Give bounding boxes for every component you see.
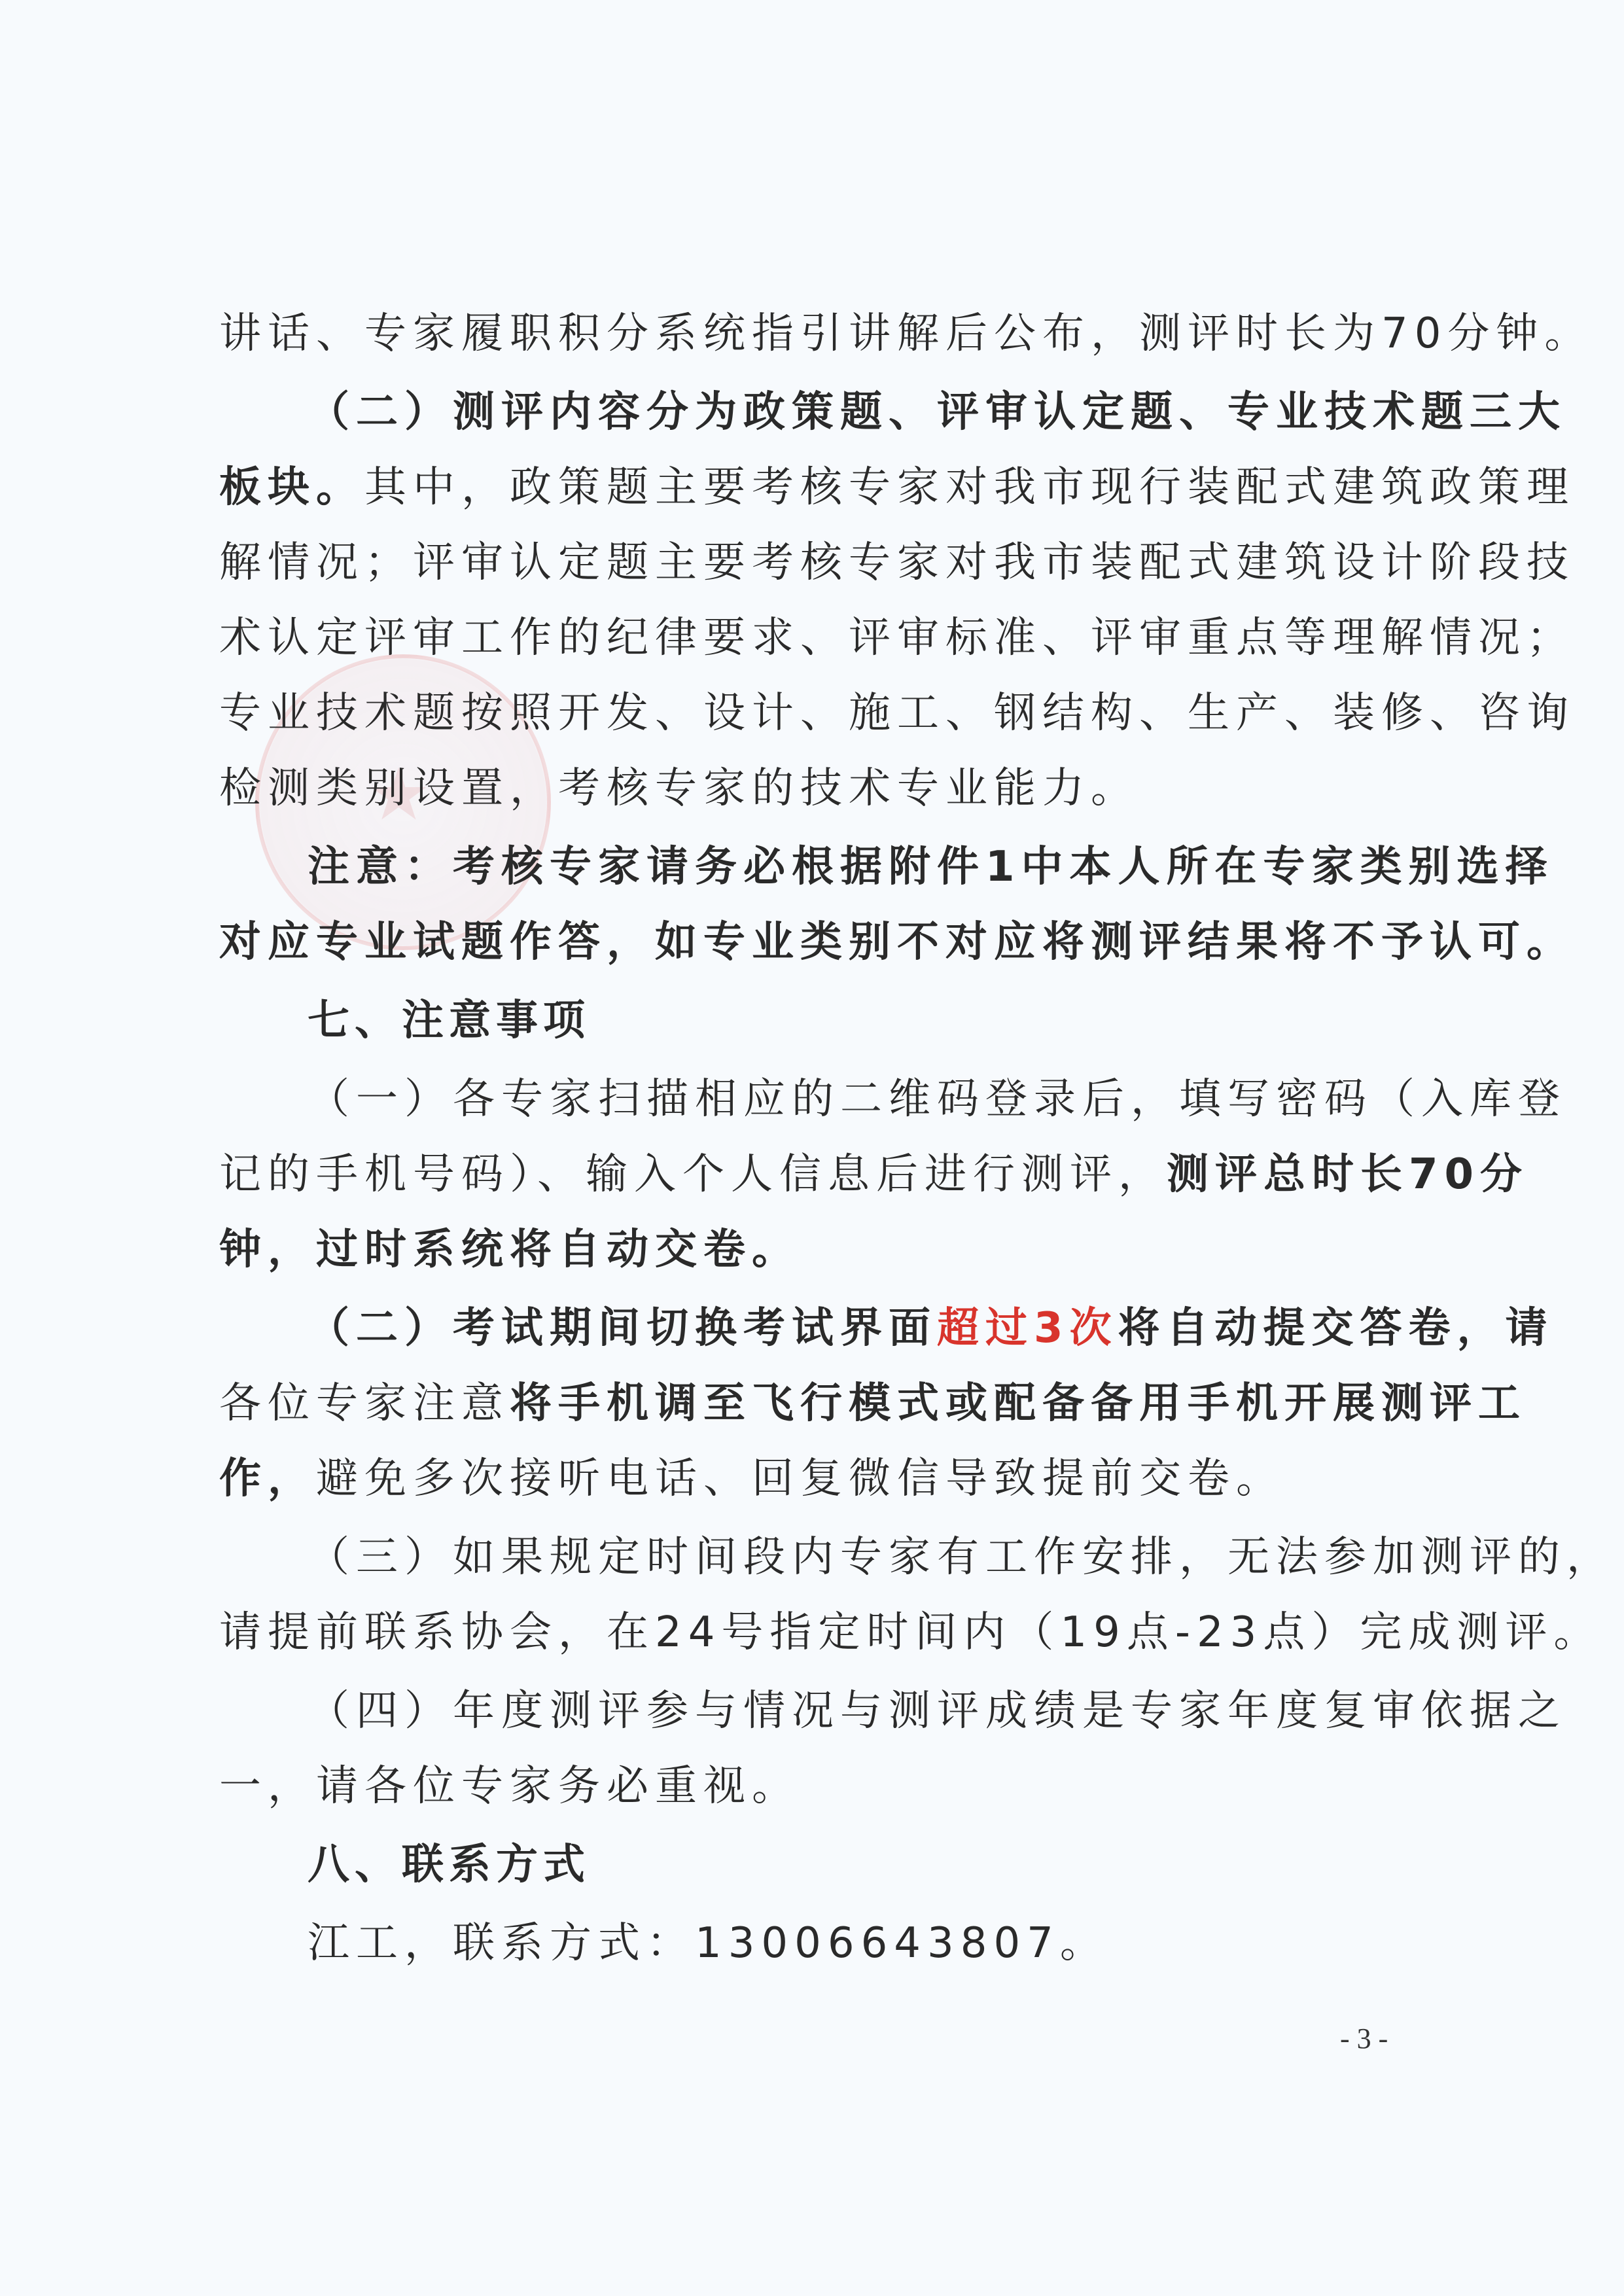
paragraph-bold-text: 作，: [219, 1455, 316, 1503]
page-number: - 3 -: [1340, 2022, 1388, 2055]
notice-line: 对应专业试题作答，如专业类别不对应将测评结果将不予认可。: [219, 916, 1423, 968]
paragraph-line: 作，避免多次接听电话、回复微信导致提前交卷。: [219, 1453, 1423, 1505]
highlight-red-text: 超过3次: [937, 1304, 1118, 1352]
paragraph-text: 避免多次接听电话、回复微信导致提前交卷。: [316, 1455, 1284, 1503]
paragraph-text: 记的手机号码）、输入个人信息后进行测评，: [219, 1150, 1167, 1199]
paragraph-line: （四）年度测评参与情况与测评成绩是专家年度复审依据之: [308, 1685, 1423, 1737]
notice-line: 注意：考核专家请务必根据附件1中本人所在专家类别选择: [308, 841, 1423, 893]
paragraph-line: 专业技术题按照开发、设计、施工、钢结构、生产、装修、咨询: [219, 687, 1423, 739]
paragraph-line: （二）考试期间切换考试界面超过3次将自动提交答卷，请: [308, 1302, 1423, 1354]
paragraph-line: 钟，过时系统将自动交卷。: [219, 1224, 1423, 1276]
paragraph-bold-text: 测评总时长70分: [1167, 1150, 1528, 1199]
paragraph-text: 各位专家注意: [219, 1379, 510, 1428]
section-heading-contact: 八、联系方式: [308, 1839, 1423, 1891]
document-page: ★ 讲话、专家履职积分系统指引讲解后公布，测评时长为70分钟。 （二）测评内容分…: [0, 0, 1624, 2296]
paragraph-bold-text: 将自动提交答卷，请: [1118, 1304, 1554, 1352]
section-heading-notes: 七、注意事项: [308, 995, 1423, 1047]
paragraph-text: 其中，政策题主要考核专家对我市现行装配式建筑政策理: [364, 463, 1575, 512]
paragraph-line: 一，请各位专家务必重视。: [219, 1760, 1423, 1812]
paragraph-line: 记的手机号码）、输入个人信息后进行测评，测评总时长70分: [219, 1148, 1423, 1201]
paragraph-line: 术认定评审工作的纪律要求、评审标准、评审重点等理解情况；: [219, 612, 1423, 664]
paragraph-line: 讲话、专家履职积分系统指引讲解后公布，测评时长为70分钟。: [219, 308, 1423, 360]
paragraph-bold-text: （二）考试期间切换考试界面: [308, 1304, 937, 1352]
paragraph-line: 检测类别设置，考核专家的技术专业能力。: [219, 762, 1423, 815]
paragraph-line: （三）如果规定时间段内专家有工作安排，无法参加测评的，: [308, 1531, 1423, 1583]
paragraph-line: 解情况；评审认定题主要考核专家对我市装配式建筑设计阶段技: [219, 537, 1423, 589]
paragraph-bold-text: 将手机调至飞行模式或配备备用手机开展测评工: [510, 1379, 1527, 1428]
paragraph-line: 板块。其中，政策题主要考核专家对我市现行装配式建筑政策理: [219, 461, 1423, 514]
section-subheading-content: （二）测评内容分为政策题、评审认定题、专业技术题三大: [308, 386, 1423, 438]
paragraph-bold-text: 板块。: [219, 463, 364, 512]
paragraph-line: 请提前联系协会，在24号指定时间内（19点-23点）完成测评。: [219, 1606, 1423, 1659]
paragraph-line: （一）各专家扫描相应的二维码登录后，填写密码（入库登: [308, 1073, 1423, 1125]
contact-info-line: 江工，联系方式：13006643807。: [308, 1917, 1423, 1969]
paragraph-line: 各位专家注意将手机调至飞行模式或配备备用手机开展测评工: [219, 1377, 1423, 1430]
